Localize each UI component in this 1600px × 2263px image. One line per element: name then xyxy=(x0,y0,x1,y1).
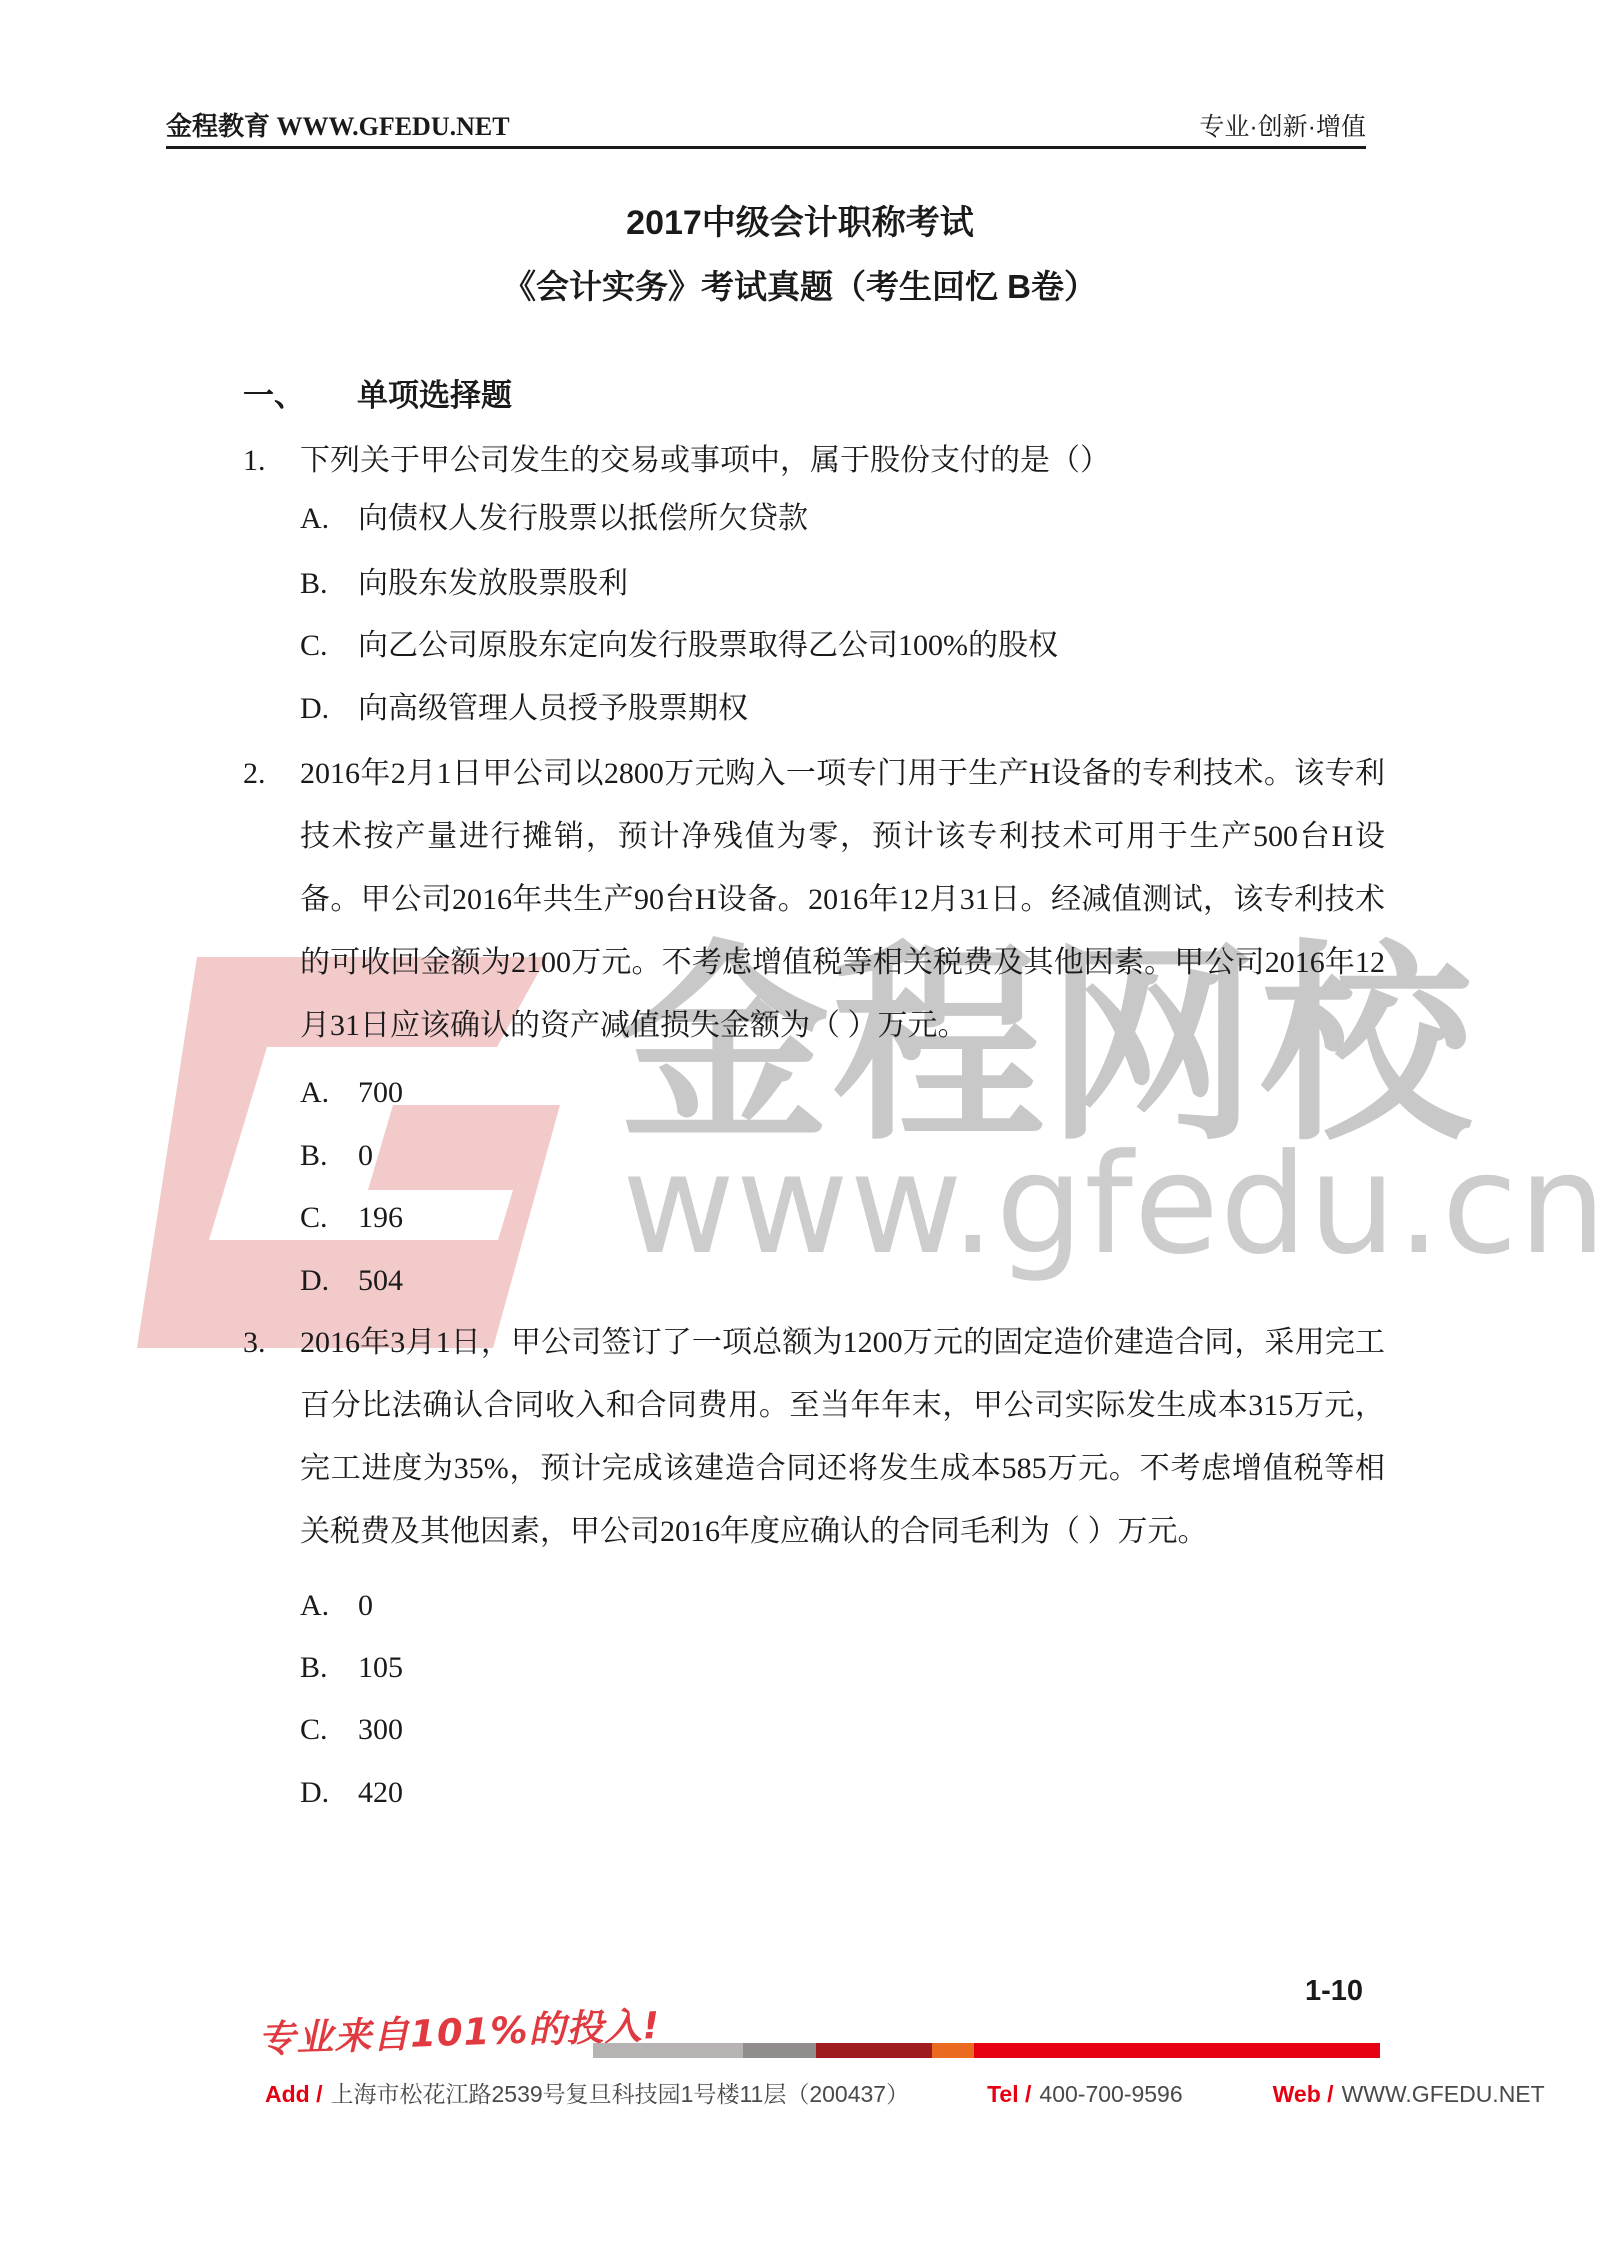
bar-segment-red xyxy=(974,2043,1380,2058)
option-text: 0 xyxy=(358,1139,373,1172)
option-letter: C. xyxy=(300,614,358,677)
question-3-option-b: B.105 xyxy=(300,1636,403,1699)
page-header: 金程教育 WWW.GFEDU.NET 专业·创新·增值 xyxy=(166,106,1366,143)
tel-value: 400-700-9596 xyxy=(1039,2081,1182,2108)
option-letter: D. xyxy=(300,677,358,740)
question-1-option-a: A.向债权人发行股票以抵偿所欠贷款 xyxy=(300,487,808,550)
question-stem: 下列关于甲公司发生的交易或事项中，属于股份支付的是（） xyxy=(300,429,1385,492)
bar-segment-orange xyxy=(932,2043,974,2058)
question-stem: 2016年2月1日甲公司以2800万元购入一项专门用于生产H设备的专利技术。该专… xyxy=(300,742,1385,1057)
question-1: 1. 下列关于甲公司发生的交易或事项中，属于股份支付的是（） xyxy=(243,429,1385,492)
footer-website: Web / WWW.GFEDU.NET xyxy=(1273,2081,1545,2108)
footer-contact-row: Add / 上海市松花江路2539号复旦科技园1号楼11层（200437） Te… xyxy=(265,2076,1385,2109)
question-2: 2. 2016年2月1日甲公司以2800万元购入一项专门用于生产H设备的专利技术… xyxy=(243,742,1385,1057)
address-label: Add / xyxy=(265,2081,323,2108)
question-2-option-b: B.0 xyxy=(300,1124,373,1187)
option-text: 700 xyxy=(358,1076,403,1109)
page-number: 1-10 xyxy=(1305,1975,1363,2008)
question-number: 2. xyxy=(243,742,266,805)
option-letter: D. xyxy=(300,1761,358,1824)
option-letter: A. xyxy=(300,1574,358,1637)
option-text: 0 xyxy=(358,1589,373,1622)
option-text: 504 xyxy=(358,1264,403,1297)
question-2-option-c: C.196 xyxy=(300,1186,403,1249)
option-letter: B. xyxy=(300,1124,358,1187)
header-brand: 金程教育 WWW.GFEDU.NET xyxy=(166,106,510,143)
header-divider xyxy=(166,146,1366,149)
web-value: WWW.GFEDU.NET xyxy=(1342,2081,1545,2108)
question-number: 3. xyxy=(243,1311,266,1374)
option-letter: D. xyxy=(300,1249,358,1312)
option-letter: B. xyxy=(300,1636,358,1699)
option-text: 向高级管理人员授予股票期权 xyxy=(358,692,748,725)
section-heading: 一、单项选择题 xyxy=(243,364,512,427)
question-3-option-c: C.300 xyxy=(300,1698,403,1761)
question-3-option-d: D.420 xyxy=(300,1761,403,1824)
question-1-option-c: C.向乙公司原股东定向发行股票取得乙公司100%的股权 xyxy=(300,614,1058,677)
option-letter: A. xyxy=(300,487,358,550)
section-label: 单项选择题 xyxy=(357,378,512,413)
section-index: 一、 xyxy=(243,378,305,413)
question-stem: 2016年3月1日，甲公司签订了一项总额为1200万元的固定造价建造合同，采用完… xyxy=(300,1311,1385,1563)
question-1-option-b: B.向股东发放股票股利 xyxy=(300,552,628,615)
option-letter: B. xyxy=(300,552,358,615)
document-content: 金程教育 WWW.GFEDU.NET 专业·创新·增值 2017中级会计职称考试… xyxy=(0,0,1600,2263)
tel-label: Tel / xyxy=(987,2081,1031,2108)
option-text: 向债权人发行股票以抵偿所欠贷款 xyxy=(358,502,808,535)
footer-address: Add / 上海市松花江路2539号复旦科技园1号楼11层（200437） xyxy=(265,2076,909,2109)
footer-color-bar xyxy=(593,2043,1380,2058)
option-text: 105 xyxy=(358,1651,403,1684)
address-value: 上海市松花江路2539号复旦科技园1号楼11层（200437） xyxy=(331,2076,910,2109)
option-letter: A. xyxy=(300,1061,358,1124)
option-letter: C. xyxy=(300,1698,358,1761)
exam-document-page: 金程网校 www.gfedu.cn 金程教育 WWW.GFEDU.NET 专业·… xyxy=(0,0,1600,2263)
document-title: 2017中级会计职称考试 xyxy=(0,192,1600,255)
bar-segment-gray-dark xyxy=(743,2043,816,2058)
option-text: 向乙公司原股东定向发行股票取得乙公司100%的股权 xyxy=(358,629,1058,662)
option-text: 420 xyxy=(358,1776,403,1809)
option-letter: C. xyxy=(300,1186,358,1249)
bar-segment-dark-red xyxy=(816,2043,932,2058)
web-label: Web / xyxy=(1273,2081,1334,2108)
bar-segment-gray-light xyxy=(593,2043,743,2058)
question-1-option-d: D.向高级管理人员授予股票期权 xyxy=(300,677,748,740)
footer-telephone: Tel / 400-700-9596 xyxy=(987,2081,1183,2108)
question-2-option-d: D.504 xyxy=(300,1249,403,1312)
question-2-option-a: A.700 xyxy=(300,1061,403,1124)
document-subtitle: 《会计实务》考试真题（考生回忆 B卷） xyxy=(0,255,1600,318)
question-number: 1. xyxy=(243,429,266,492)
option-text: 196 xyxy=(358,1201,403,1234)
question-3-option-a: A.0 xyxy=(300,1574,373,1637)
option-text: 300 xyxy=(358,1713,403,1746)
option-text: 向股东发放股票股利 xyxy=(358,567,628,600)
header-motto: 专业·创新·增值 xyxy=(1199,107,1366,143)
question-3: 3. 2016年3月1日，甲公司签订了一项总额为1200万元的固定造价建造合同，… xyxy=(243,1311,1385,1563)
